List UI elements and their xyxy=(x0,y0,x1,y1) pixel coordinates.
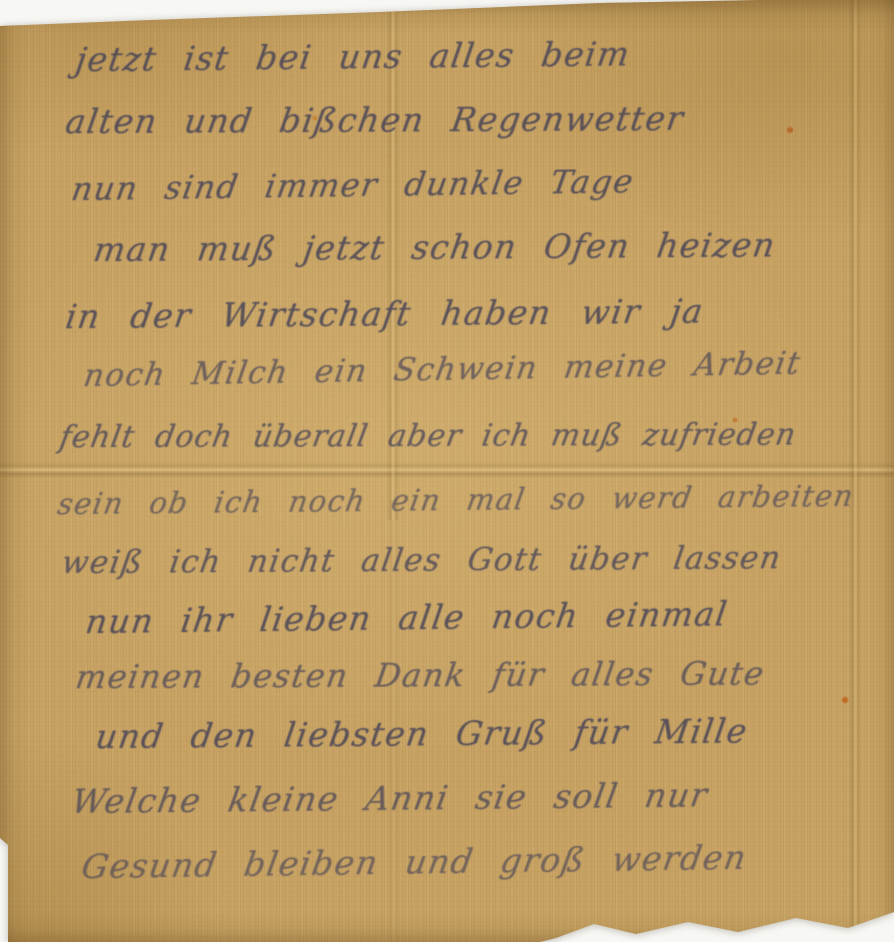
handwriting-line-5: in der Wirtschaft haben wir ja xyxy=(63,291,707,336)
handwriting-line-3: nun sind immer dunkle Tage xyxy=(69,162,637,208)
handwriting-block: jetzt ist bei uns alles beim alten und b… xyxy=(0,0,894,942)
handwriting-line-4: man muß jetzt schon Ofen heizen xyxy=(91,225,779,269)
handwriting-line-6: noch Milch ein Schwein meine Arbeit xyxy=(81,345,804,394)
handwriting-line-10: nun ihr lieben alle noch einmal xyxy=(83,594,731,641)
handwriting-line-14: Gesund bleiben und groß werden xyxy=(79,838,750,886)
handwriting-line-9: weiß ich nicht alles Gott über lassen xyxy=(59,540,784,581)
handwriting-line-13: Welche kleine Anni sie soll nur xyxy=(69,775,711,821)
handwriting-line-11: meinen besten Dank für alles Gute xyxy=(73,654,767,696)
handwriting-line-8: sein ob ich noch ein mal so werd arbeite… xyxy=(55,479,857,521)
letter-page-wrapper: jetzt ist bei uns alles beim alten und b… xyxy=(0,0,894,942)
letter-page: jetzt ist bei uns alles beim alten und b… xyxy=(0,0,894,942)
handwriting-line-7: fehlt doch überall aber ich muß zufriede… xyxy=(57,417,799,455)
handwriting-line-1: jetzt ist bei uns alles beim xyxy=(73,34,633,79)
scanner-background: jetzt ist bei uns alles beim alten und b… xyxy=(0,0,894,942)
handwriting-line-12: und den liebsten Gruß für Mille xyxy=(93,711,751,756)
handwriting-line-2: alten und bißchen Regenwetter xyxy=(63,99,687,141)
